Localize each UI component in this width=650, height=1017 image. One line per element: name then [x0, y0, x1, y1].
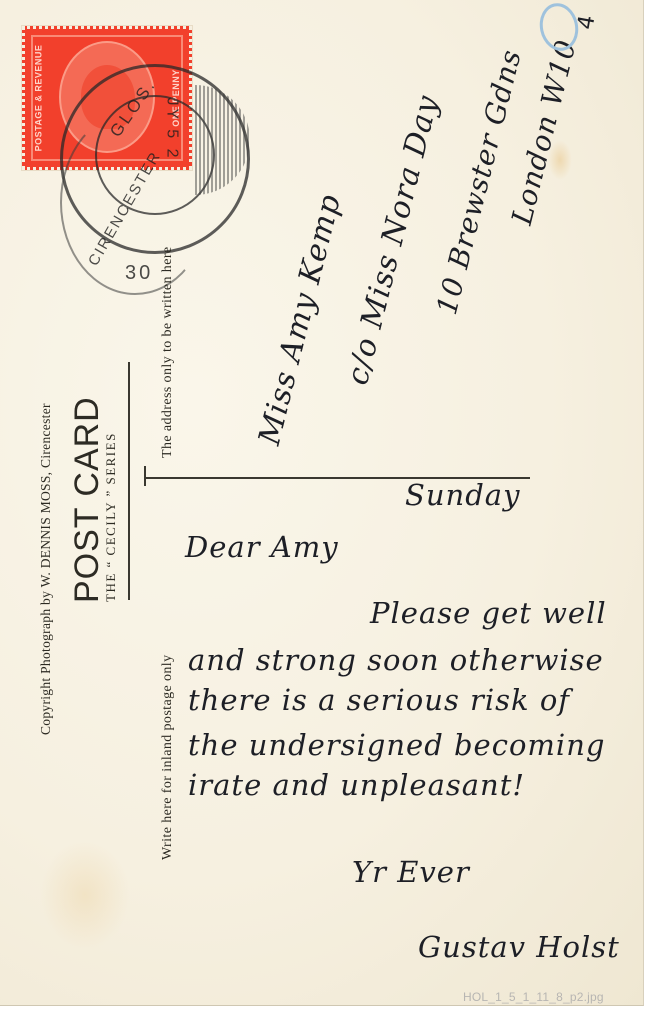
message-instruction: Write here for inland postage only: [160, 655, 176, 860]
stamp-left-label: POSTAGE & REVENUE: [29, 33, 47, 163]
message-salutation: Dear Amy: [185, 530, 339, 564]
series-underline: [128, 362, 130, 600]
message-line: there is a serious risk of: [188, 683, 570, 717]
message-day: Sunday: [405, 478, 520, 512]
postmark-date: JY 5 2: [163, 97, 181, 160]
paper-stain: [40, 840, 130, 950]
address-instruction: The address only to be written here: [160, 247, 176, 459]
message-line: Please get well: [370, 596, 607, 630]
address-line-2: c/o Miss Nora Day: [340, 92, 446, 389]
divider-tick: [144, 466, 146, 486]
copyright-text: Copyright Photograph by W. DENNIS MOSS, …: [38, 403, 54, 735]
message-signature: Gustav Holst: [418, 930, 620, 964]
message-line: the undersigned becoming: [188, 728, 605, 762]
address-line-1: Miss Amy Kemp: [252, 190, 348, 448]
message-closing: Yr Ever: [352, 855, 470, 889]
postcard: POSTAGE & REVENUE ONE PENNY GLOS. CIRENC…: [0, 0, 644, 1006]
message-line: and strong soon otherwise: [188, 643, 604, 677]
postmark-number: 30: [125, 262, 153, 285]
message-line: irate and unpleasant!: [188, 768, 525, 802]
series-text: THE “ CECILY ” SERIES: [103, 432, 119, 602]
post-card-title: POST CARD: [68, 396, 107, 603]
file-watermark: HOL_1_5_1_11_8_p2.jpg: [463, 990, 604, 1004]
address-line-3: 10 Brewster Gdns: [430, 46, 528, 318]
